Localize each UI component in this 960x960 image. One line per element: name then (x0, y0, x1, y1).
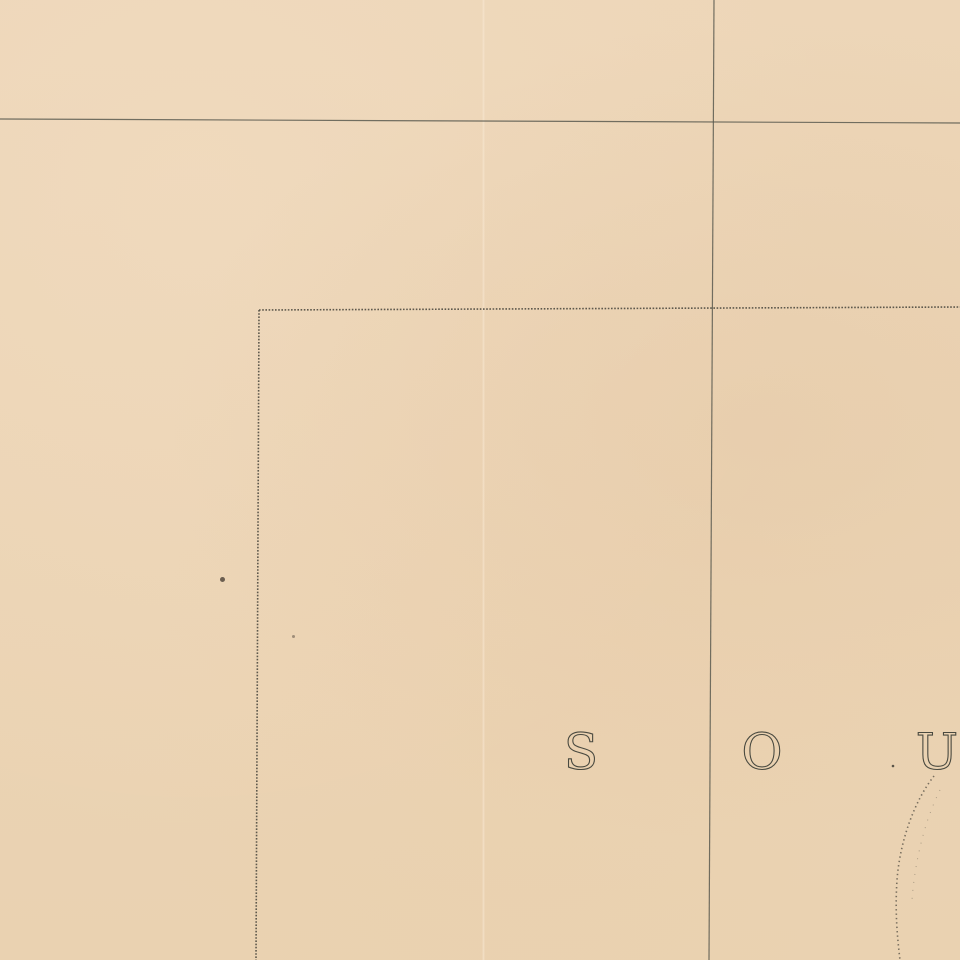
map-label-letter-o: O (732, 722, 792, 782)
map-point-mark (892, 765, 895, 768)
paper-speck (220, 577, 225, 582)
map-linework (0, 0, 960, 960)
inset-frame-top (259, 307, 960, 310)
paper-speck (292, 635, 295, 638)
inset-frame-left (256, 310, 259, 960)
map-label-letter-s: S (551, 722, 611, 782)
coastline-dotted-curve (896, 776, 934, 960)
graticule-vertical-line (709, 0, 714, 960)
graticule-horizontal-line (0, 119, 960, 123)
map-label-letter-u: U (907, 722, 960, 782)
